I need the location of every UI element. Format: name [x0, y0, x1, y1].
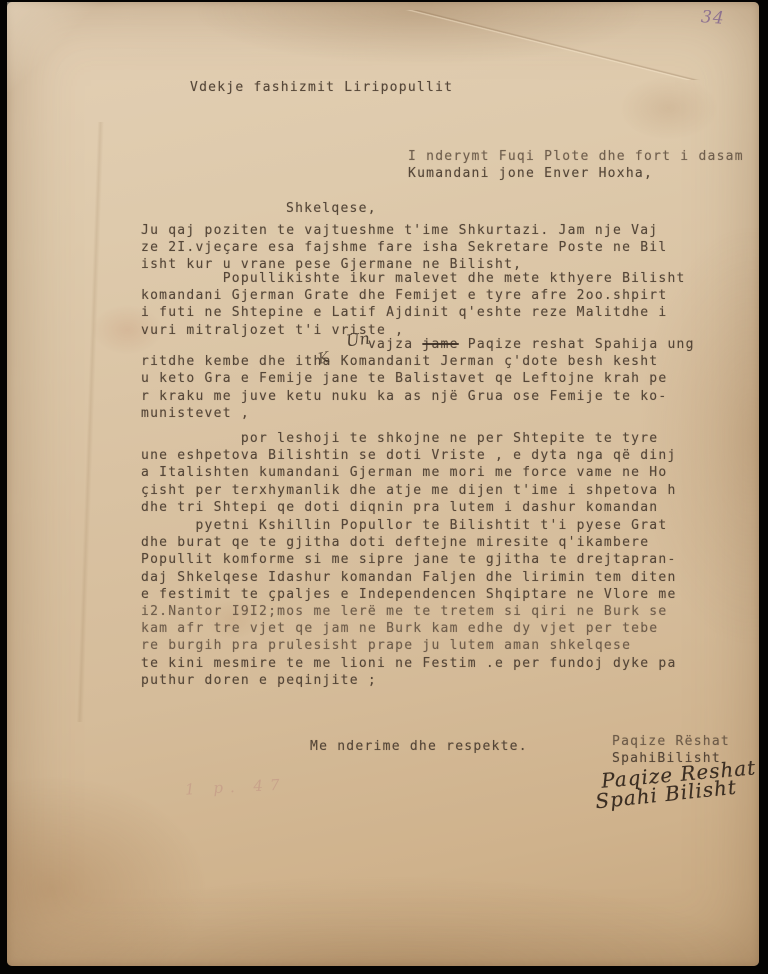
- body-line: puthur doren e peqinjite ;: [141, 672, 677, 689]
- body-line-corrected: vajza jame Paqize reshat Spahija ung: [141, 336, 695, 353]
- body-line-post: Paqize reshat Spahija ung: [459, 337, 695, 352]
- body-line: daj Shkelqese Idashur komandan Faljen dh…: [141, 569, 677, 586]
- body-line: e festimit te çpaljes e Independencen Sh…: [141, 586, 677, 603]
- body-line: Ju qaj poziten te vajtueshme t'ime Shkur…: [141, 222, 667, 239]
- body-line: dhe tri Shtepi qe doti diqnin pra lutem …: [141, 499, 677, 516]
- body-line: Popullikishte ikur malevet dhe mete kthy…: [141, 270, 686, 287]
- body-line: ritdhe kembe dhe itha Komandanit Jerman …: [141, 353, 695, 370]
- paragraph-4: por leshoji te shkojne ne per Shtepite t…: [141, 430, 677, 516]
- body-line: ze 2I.vjeçare esa fajshme fare isha Sekr…: [141, 239, 667, 256]
- body-line: dhe burat qe te gjitha doti deftejne mir…: [141, 534, 677, 551]
- address-block: I nderymt Fuqi Plote dhe fort i dasam Ku…: [408, 148, 744, 182]
- body-line: i2.Nantor I9I2;mos me lerë me te tretem …: [141, 603, 677, 620]
- body-line: te kini mesmire te me lioni ne Festim .e…: [141, 655, 677, 672]
- body-line: komandani Gjerman Grate dhe Femijet e ty…: [141, 287, 686, 304]
- paragraph-2: Popullikishte ikur malevet dhe mete kthy…: [141, 270, 686, 339]
- struck-word: jame: [422, 337, 458, 352]
- closing-salutation: Me nderime dhe respekte.: [310, 738, 528, 755]
- body-line: r kraku me juve ketu nuku ka as një Grua…: [141, 388, 695, 405]
- salutation: Shkelqese,: [286, 200, 377, 217]
- body-line: pyetni Kshillin Popullor te Bilishtit t'…: [141, 517, 677, 534]
- typed-signature-name: Paqize Rëshat: [612, 733, 730, 750]
- body-line: une eshpetova Bilishtin se doti Vriste ,…: [141, 447, 677, 464]
- handwritten-signature: Paqize Reshat Spahi Bilisht: [601, 764, 756, 804]
- address-line: I nderymt Fuqi Plote dhe fort i dasam: [408, 148, 744, 165]
- paper-crease-left: [65, 122, 115, 722]
- paper-crease-top: [387, 10, 717, 80]
- paragraph-5: pyetni Kshillin Popullor te Bilishtit t'…: [141, 517, 677, 689]
- address-line: Kumandani jone Enver Hoxha,: [408, 165, 744, 182]
- paragraph-3: vajza jame Paqize reshat Spahija ung rit…: [141, 336, 695, 422]
- paper-fold-corner: [7, 2, 127, 92]
- handwritten-insert-un: Un: [345, 329, 371, 351]
- paragraph-1: Ju qaj poziten te vajtueshme t'ime Shkur…: [141, 222, 667, 274]
- body-line: i futi ne Shtepine e Latif Ajdinit q'esh…: [141, 304, 686, 321]
- scanned-letter-page: 34 Vdekje fashizmit Liripopullit I ndery…: [0, 0, 768, 974]
- body-line: por leshoji te shkojne ne per Shtepite t…: [141, 430, 677, 447]
- body-line: a Italishten kumandani Gjerman me mori m…: [141, 464, 677, 481]
- body-line: re burgih pra prulesisht prape ju lutem …: [141, 637, 677, 654]
- body-line: çisht per terxhymanlik dhe atje me dijen…: [141, 482, 677, 499]
- archive-page-number: 34: [700, 7, 725, 29]
- body-line-pre: vajza: [141, 337, 422, 352]
- body-line: Popullit komforme si me sipre jane te gj…: [141, 551, 677, 568]
- letter-slogan: Vdekje fashizmit Liripopullit: [190, 79, 453, 96]
- body-line: munistevet ,: [141, 405, 695, 422]
- body-line: kam afr tre vjet qe jam ne Burk kam edhe…: [141, 620, 677, 637]
- body-line: u keto Gra e Femije jane te Balistavet q…: [141, 370, 695, 387]
